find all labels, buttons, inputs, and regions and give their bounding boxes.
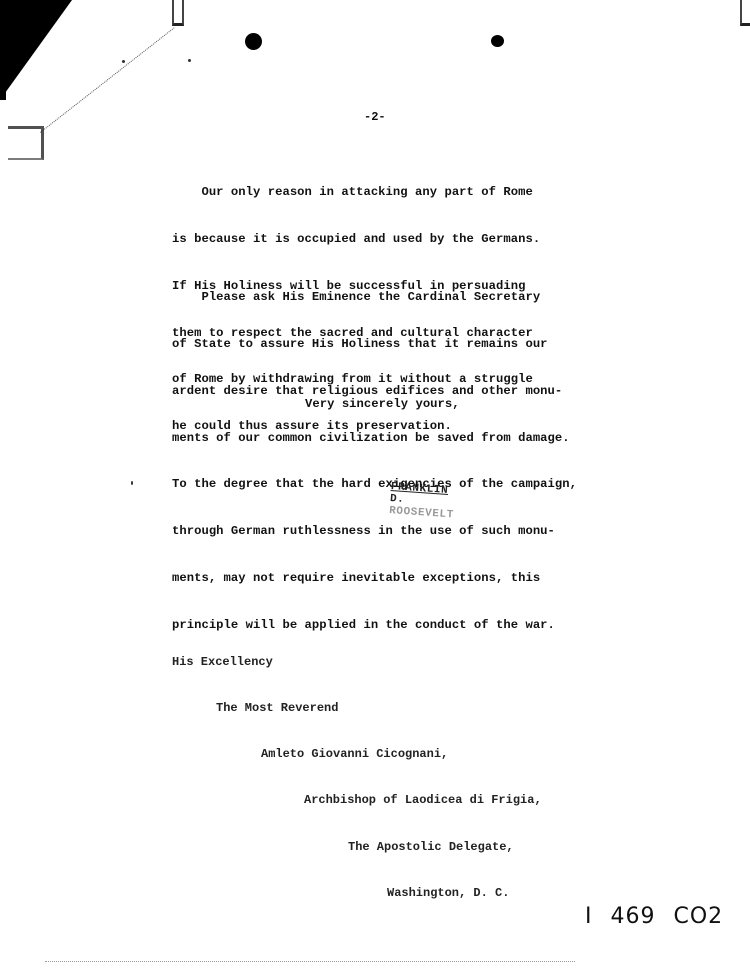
signature-middle-initial: D. bbox=[390, 493, 405, 506]
punch-hole-right bbox=[491, 35, 504, 47]
paragraph-line: is because it is occupied and used by th… bbox=[172, 232, 540, 248]
addressee-line: His Excellency bbox=[172, 655, 542, 670]
paragraph-line: ments of our common civilization be save… bbox=[172, 431, 577, 447]
addressee-block: His Excellency The Most Reverend Amleto … bbox=[172, 624, 542, 917]
scan-speck bbox=[188, 59, 191, 62]
staple-mark-left bbox=[8, 126, 44, 160]
scan-bottom-edge bbox=[45, 961, 575, 962]
page-number: -2- bbox=[364, 110, 386, 124]
scan-speck bbox=[131, 481, 133, 485]
paragraph-2: Please ask His Eminence the Cardinal Sec… bbox=[172, 259, 577, 649]
corner-shadow-edge bbox=[0, 0, 6, 100]
addressee-line: Washington, D. C. bbox=[387, 886, 542, 901]
closing-salutation: Very sincerely yours, bbox=[305, 397, 460, 413]
paragraph-line: ments, may not require inevitable except… bbox=[172, 571, 577, 587]
paragraph-line: through German ruthlessness in the use o… bbox=[172, 524, 577, 540]
staple-mark-top bbox=[172, 0, 184, 26]
scan-speck bbox=[122, 60, 125, 63]
paragraph-line: Our only reason in attacking any part of… bbox=[172, 185, 540, 201]
paragraph-line: To the degree that the hard exigencies o… bbox=[172, 477, 577, 493]
corner-shadow-triangle bbox=[0, 0, 72, 100]
staple-mark-right bbox=[740, 0, 750, 26]
signature-stamp: FRANKLIN D. ROOSEVELT bbox=[374, 468, 456, 521]
paragraph-line: Please ask His Eminence the Cardinal Sec… bbox=[172, 290, 577, 306]
paragraph-line: of State to assure His Holiness that it … bbox=[172, 337, 577, 353]
punch-hole-left bbox=[245, 33, 262, 50]
addressee-line: Archbishop of Laodicea di Frigia, bbox=[304, 793, 542, 808]
archive-handwritten-mark: I 469 CO2 bbox=[585, 904, 723, 929]
addressee-line: Amleto Giovanni Cicognani, bbox=[261, 747, 542, 762]
addressee-line: The Most Reverend bbox=[216, 701, 542, 716]
addressee-line: The Apostolic Delegate, bbox=[348, 840, 542, 855]
